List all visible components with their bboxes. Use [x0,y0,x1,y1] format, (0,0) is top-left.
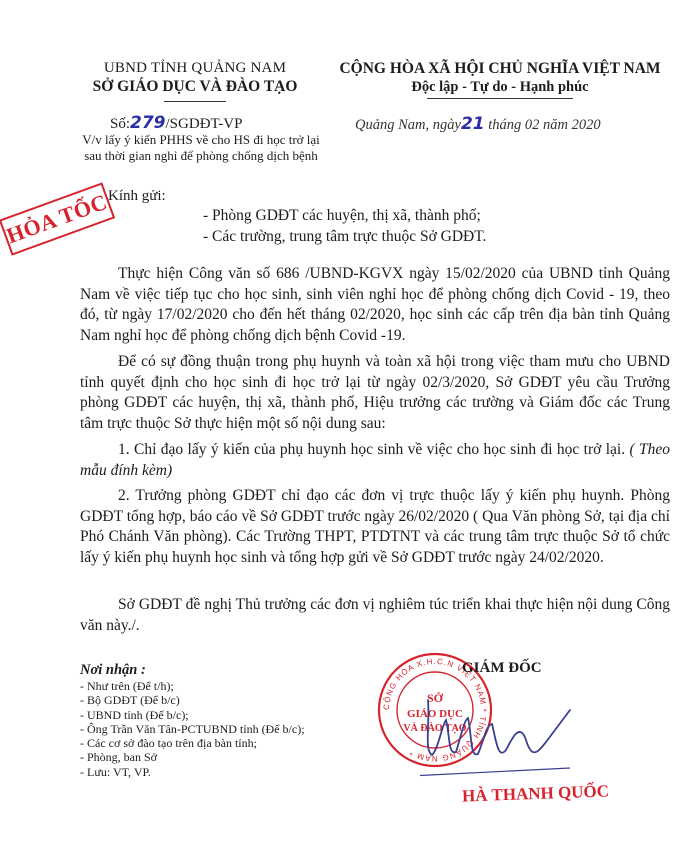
document-subject: V/v lấy ý kiến PHHS về cho HS đi học trở… [66,132,336,164]
recipients-title: Nơi nhận : [80,662,305,679]
date-suffix: tháng 02 năm 2020 [485,117,601,133]
body-item-1: 1. Chỉ đạo lấy ý kiến của phụ huynh học … [80,440,670,481]
body-paragraph-1: Thực hiện Công văn số 686 /UBND-KGVX ngà… [80,264,670,346]
doc-number-suffix: /SGDĐT-VP [166,116,243,132]
subject-line-1: V/v lấy ý kiến PHHS về cho HS đi học trở… [66,132,336,148]
urgent-stamp: HỎA TỐC [0,182,115,255]
addressee-item: - Phòng GDĐT các huyện, thị xã, thành ph… [203,207,481,225]
agency-name: SỞ GIÁO DỤC VÀ ĐÀO TẠO [60,78,330,96]
national-title-block: CỘNG HÒA XÃ HỘI CHỦ NGHĨA VIỆT NAM Độc l… [330,60,670,99]
recipients-list: Nơi nhận : - Như trên (Để t/h); - Bộ GDĐ… [80,662,305,779]
agency-underline [164,101,226,102]
addressee-item: - Các trường, trung tâm trực thuộc Sở GD… [203,228,486,246]
doc-number-prefix: Số: [110,116,130,132]
issue-date: Quảng Nam, ngày21 tháng 02 năm 2020 [355,114,601,134]
addressee-label: Kính gửi: [108,188,166,205]
doc-number-handwritten: 279 [130,113,166,133]
recipient-item: - Các cơ sở đào tạo trên địa bàn tỉnh; [80,736,305,750]
body-paragraph-2: Để có sự đồng thuận trong phụ huynh và t… [80,352,670,434]
body-closing: Sở GDĐT đề nghị Thủ trưởng các đơn vị ng… [80,595,670,636]
date-day-handwritten: 21 [461,114,485,134]
agency-parent: UBND TỈNH QUẢNG NAM [60,60,330,77]
recipient-item: - Bộ GDĐT (Để b/c) [80,693,305,707]
handwritten-signature-icon [420,680,650,780]
recipient-item: - Lưu: VT, VP. [80,765,305,779]
body-item-2: 2. Trưởng phòng GDĐT chỉ đạo các đơn vị … [80,486,670,568]
recipient-item: - Phòng, ban Sở [80,750,305,764]
item-1-text: 1. Chỉ đạo lấy ý kiến của phụ huynh học … [118,441,629,458]
nation-name: CỘNG HÒA XÃ HỘI CHỦ NGHĨA VIỆT NAM [330,60,670,78]
signer-title: GIÁM ĐỐC [462,660,542,677]
recipient-item: - Ông Trần Văn Tân-PCTUBND tỉnh (Để b/c)… [80,722,305,736]
motto-underline [427,98,573,99]
recipient-item: - UBND tỉnh (Để b/c); [80,708,305,722]
signer-name: HÀ THANH QUỐC [462,781,610,806]
date-prefix: Quảng Nam, ngày [355,117,461,133]
national-motto: Độc lập - Tự do - Hạnh phúc [330,79,670,96]
recipient-item: - Như trên (Để t/h); [80,679,305,693]
issuing-agency-block: UBND TỈNH QUẢNG NAM SỞ GIÁO DỤC VÀ ĐÀO T… [60,60,330,102]
document-number: Số:279/SGDĐT-VP [110,113,242,133]
subject-line-2: sau thời gian nghỉ để phòng chống dịch b… [66,148,336,164]
